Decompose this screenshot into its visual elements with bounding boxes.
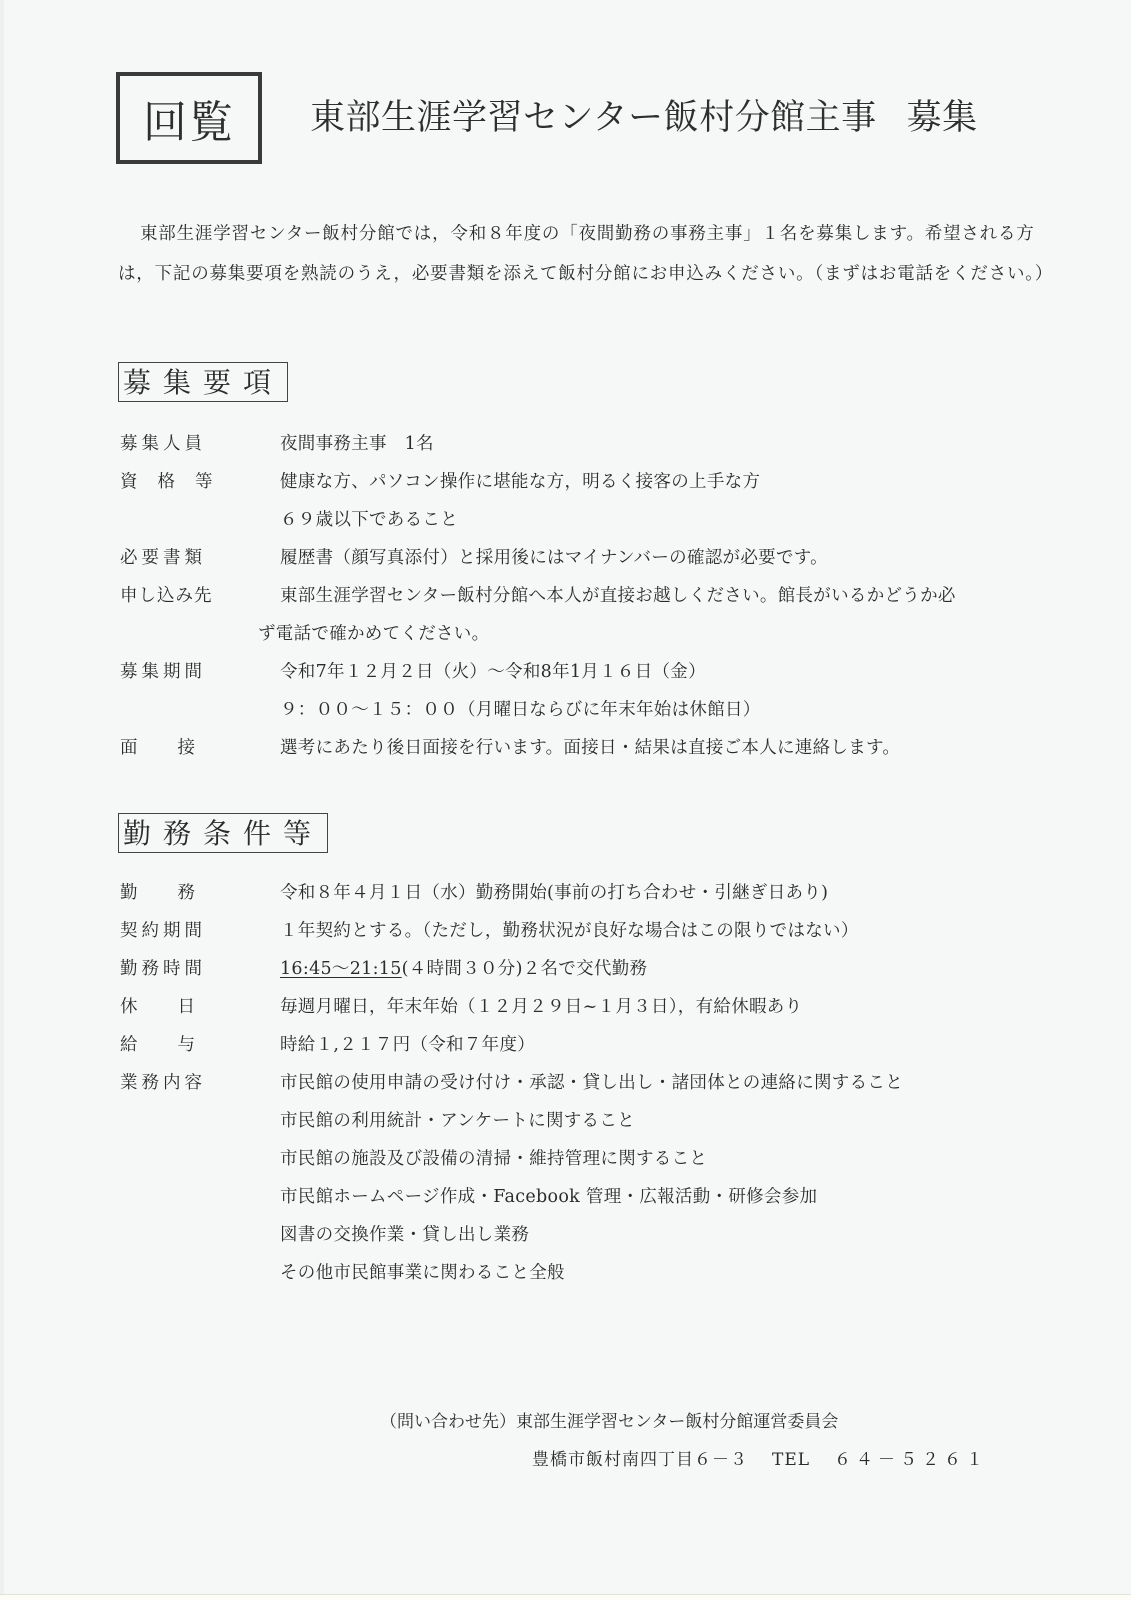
detail-label: 申し込み先 bbox=[120, 577, 280, 615]
detail-row-positions: 募集人員 夜間事務主事 1名 bbox=[120, 425, 1050, 463]
section-heading-recruitment: 募集要項 bbox=[118, 362, 288, 402]
condition-row-duties: 業務内容 市民館の使用申請の受け付け・承認・貸し出し・諸団体との連絡に関すること bbox=[120, 1064, 1050, 1102]
detail-row-qualifications: 資格等 健康な方、パソコン操作に堪能な方，明るく接客の上手な方 bbox=[120, 463, 1050, 501]
condition-label: 契約期間 bbox=[120, 912, 280, 950]
detail-row-documents: 必要書類 履歴書（顔写真添付）と採用後にはマイナンバーの確認が必要です。 bbox=[120, 539, 1050, 577]
page-title: 東部生涯学習センター飯村分館主事募集 bbox=[310, 90, 978, 140]
conditions-details: 勤務 令和８年４月１日（水）勤務開始(事前の打ち合わせ・引継ぎ日あり) 契約期間… bbox=[120, 874, 1050, 1292]
condition-value: １年契約とする。（ただし，勤務状況が良好な場合はこの限りではない） bbox=[280, 912, 1050, 950]
detail-value: 履歴書（顔写真添付）と採用後にはマイナンバーの確認が必要です。 bbox=[280, 539, 1050, 577]
duty-item: 図書の交換作業・貸し出し業務 bbox=[280, 1216, 1050, 1254]
detail-label: 募集期間 bbox=[120, 653, 280, 691]
intro-paragraph: 東部生涯学習センター飯村分館では，令和８年度の「夜間勤務の事務主事」１名を募集し… bbox=[118, 214, 1048, 294]
condition-row-duties-cont: 市民館ホームページ作成・Facebook 管理・広報活動・研修会参加 bbox=[120, 1178, 1050, 1216]
condition-row-duties-cont: 市民館の利用統計・アンケートに関すること bbox=[120, 1102, 1050, 1140]
duty-item: 市民館の利用統計・アンケートに関すること bbox=[280, 1102, 1050, 1140]
condition-label: 勤務 bbox=[120, 874, 280, 912]
detail-value: 健康な方、パソコン操作に堪能な方，明るく接客の上手な方 bbox=[280, 463, 1050, 501]
title-suffix: 募集 bbox=[907, 98, 978, 138]
detail-label: 資格等 bbox=[120, 463, 280, 501]
detail-value: 東部生涯学習センター飯村分館へ本人が直接お越しください。館長がいるかどうか必 bbox=[280, 577, 1050, 615]
detail-label: 募集人員 bbox=[120, 425, 280, 463]
duty-item: 市民館ホームページ作成・Facebook 管理・広報活動・研修会参加 bbox=[280, 1178, 1050, 1216]
detail-value: 選考にあたり後日面接を行います。面接日・結果は直接ご本人に連絡します。 bbox=[280, 729, 1050, 767]
duty-item: その他市民館事業に関わること全般 bbox=[280, 1254, 1050, 1292]
detail-wrap-apply-to: ず電話で確かめてください。 bbox=[120, 615, 1050, 653]
condition-label: 休日 bbox=[120, 988, 280, 1026]
contact-organization: 東部生涯学習センター飯村分館運営委員会 bbox=[516, 1412, 838, 1432]
detail-row-interview: 面接 選考にあたり後日面接を行います。面接日・結果は直接ご本人に連絡します。 bbox=[120, 729, 1050, 767]
detail-row-qualifications-cont: ６９歳以下であること bbox=[120, 501, 1050, 539]
detail-label: 必要書類 bbox=[120, 539, 280, 577]
detail-row-apply-to: 申し込み先 東部生涯学習センター飯村分館へ本人が直接お越しください。館長がいるか… bbox=[120, 577, 1050, 615]
condition-row-holidays: 休日 毎週月曜日，年末年始（１２月２９日~１月３日），有給休暇あり bbox=[120, 988, 1050, 1026]
tel-label: TEL bbox=[772, 1450, 810, 1470]
condition-label: 業務内容 bbox=[120, 1064, 280, 1102]
detail-value: 令和7年１２月２日（火）～令和8年1月１６日（金） bbox=[280, 653, 1050, 691]
condition-label: 勤務時間 bbox=[120, 950, 280, 988]
detail-value: 夜間事務主事 1名 bbox=[280, 425, 1050, 463]
condition-row-duties-cont: 市民館の施設及び設備の清掃・維持管理に関すること bbox=[120, 1140, 1050, 1178]
condition-value: 令和８年４月１日（水）勤務開始(事前の打ち合わせ・引継ぎ日あり) bbox=[280, 874, 1050, 912]
contact-footer: （問い合わせ先）東部生涯学習センター飯村分館運営委員会 豊橋市飯村南四丁目６－３… bbox=[380, 1403, 988, 1479]
contact-line: （問い合わせ先）東部生涯学習センター飯村分館運営委員会 bbox=[380, 1403, 988, 1441]
contact-label: （問い合わせ先） bbox=[380, 1412, 516, 1432]
condition-label: 給与 bbox=[120, 1026, 280, 1064]
detail-value: ６９歳以下であること bbox=[280, 501, 1050, 539]
circulation-label: 回覧 bbox=[143, 86, 235, 150]
condition-value: 時給１,２１７円（令和７年度） bbox=[280, 1026, 1050, 1064]
address-line: 豊橋市飯村南四丁目６－３TEL６４－５２６１ bbox=[380, 1441, 988, 1479]
contact-address: 豊橋市飯村南四丁目６－３ bbox=[532, 1450, 748, 1470]
condition-row-salary: 給与 時給１,２１７円（令和７年度） bbox=[120, 1026, 1050, 1064]
condition-row-contract: 契約期間 １年契約とする。（ただし，勤務状況が良好な場合はこの限りではない） bbox=[120, 912, 1050, 950]
detail-label: 面接 bbox=[120, 729, 280, 767]
detail-row-period-cont: ９：００～１５：００（月曜日ならびに年末年始は休館日） bbox=[120, 691, 1050, 729]
condition-row-start: 勤務 令和８年４月１日（水）勤務開始(事前の打ち合わせ・引継ぎ日あり) bbox=[120, 874, 1050, 912]
recruitment-details: 募集人員 夜間事務主事 1名 資格等 健康な方、パソコン操作に堪能な方，明るく接… bbox=[120, 425, 1050, 767]
condition-value: 毎週月曜日，年末年始（１２月２９日~１月３日），有給休暇あり bbox=[280, 988, 1050, 1026]
title-main: 東部生涯学習センター飯村分館主事 bbox=[310, 98, 877, 138]
condition-row-duties-cont: その他市民館事業に関わること全般 bbox=[120, 1254, 1050, 1292]
work-hours-detail: (４時間３０分)２名で交代勤務 bbox=[402, 959, 648, 979]
detail-row-period: 募集期間 令和7年１２月２日（火）～令和8年1月１６日（金） bbox=[120, 653, 1050, 691]
circulation-stamp-box: 回覧 bbox=[116, 72, 262, 164]
detail-value: ９：００～１５：００（月曜日ならびに年末年始は休館日） bbox=[280, 691, 1050, 729]
duty-item: 市民館の施設及び設備の清掃・維持管理に関すること bbox=[280, 1140, 1050, 1178]
condition-row-duties-cont: 図書の交換作業・貸し出し業務 bbox=[120, 1216, 1050, 1254]
condition-row-hours: 勤務時間 16:45～21:15(４時間３０分)２名で交代勤務 bbox=[120, 950, 1050, 988]
section-heading-conditions: 勤務条件等 bbox=[118, 813, 328, 853]
duty-item: 市民館の使用申請の受け付け・承認・貸し出し・諸団体との連絡に関すること bbox=[280, 1064, 1050, 1102]
scan-edge bbox=[0, 0, 4, 1600]
scan-bottom-edge bbox=[0, 1594, 1131, 1600]
work-hours: 16:45～21:15 bbox=[280, 959, 402, 979]
tel-number: ６４－５２６１ bbox=[834, 1450, 988, 1470]
